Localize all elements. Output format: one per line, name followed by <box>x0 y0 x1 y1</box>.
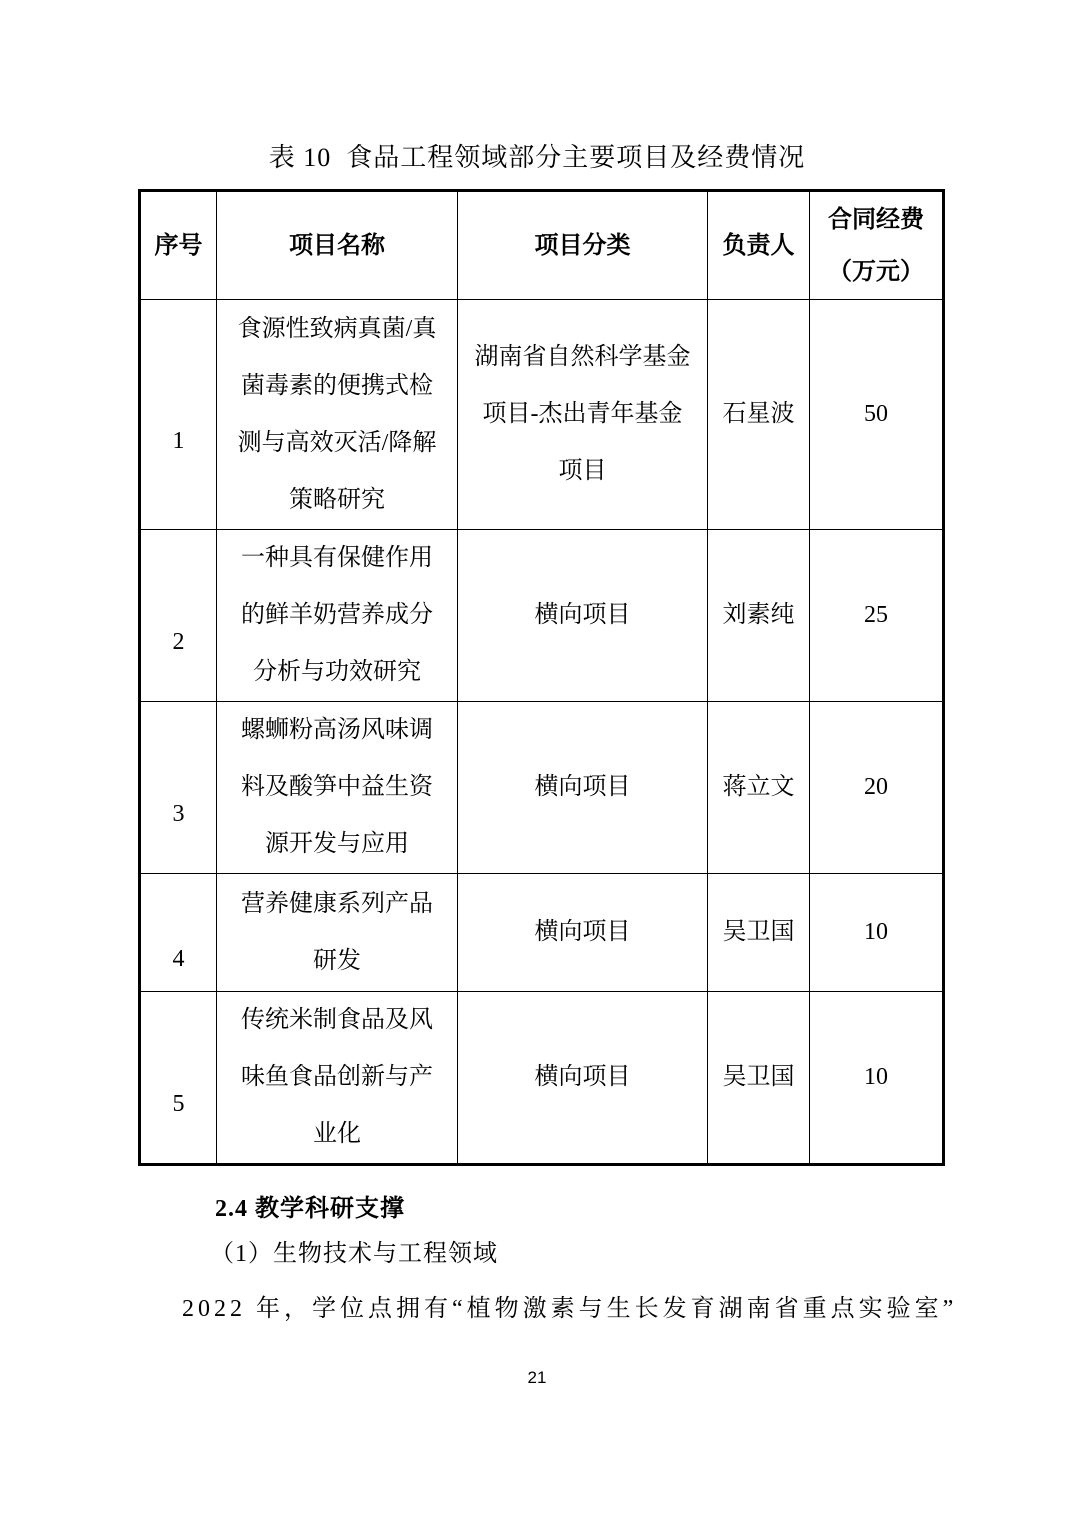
projects-funding-table: 序号 项目名称 项目分类 负责人 合同经费 （万元） 1 食源性致病真菌/真 菌… <box>138 189 945 1166</box>
cell-project-category: 横向项目 <box>458 530 708 702</box>
cell-project-name: 食源性致病真菌/真 菌毒素的便携式检 测与高效灭活/降解 策略研究 <box>217 300 458 530</box>
header-leader: 负责人 <box>708 191 810 300</box>
cell-seq: 1 <box>140 300 217 530</box>
section-heading-2-4: 2.4 教学科研支撑 <box>215 1193 405 1225</box>
cell-project-name: 传统米制食品及风 味鱼食品创新与产 业化 <box>217 992 458 1165</box>
table-row: 4 营养健康系列产品 研发 横向项目 吴卫国 10 <box>140 874 944 992</box>
table-row: 2 一种具有保健作用 的鲜羊奶营养成分 分析与功效研究 横向项目 刘素纯 25 <box>140 530 944 702</box>
subsection-item-1: （1）生物技术与工程领域 <box>210 1238 498 1270</box>
header-seq: 序号 <box>140 191 217 300</box>
cell-leader: 吴卫国 <box>708 992 810 1165</box>
cell-seq: 5 <box>140 992 217 1165</box>
table-caption: 表 10 食品工程领域部分主要项目及经费情况 <box>0 141 1074 175</box>
table-row: 5 传统米制食品及风 味鱼食品创新与产 业化 横向项目 吴卫国 10 <box>140 992 944 1165</box>
cell-funding: 25 <box>810 530 944 702</box>
seq-value: 2 <box>173 627 185 657</box>
cell-project-name: 螺蛳粉高汤风味调 料及酸笋中益生资 源开发与应用 <box>217 702 458 874</box>
seq-value: 3 <box>173 799 185 829</box>
cell-funding: 10 <box>810 992 944 1165</box>
cell-leader: 蒋立文 <box>708 702 810 874</box>
header-funding: 合同经费 （万元） <box>810 191 944 300</box>
cell-seq: 4 <box>140 874 217 992</box>
header-project-name: 项目名称 <box>217 191 458 300</box>
table-row: 1 食源性致病真菌/真 菌毒素的便携式检 测与高效灭活/降解 策略研究 湖南省自… <box>140 300 944 530</box>
cell-project-category: 湖南省自然科学基金 项目-杰出青年基金 项目 <box>458 300 708 530</box>
cell-leader: 刘素纯 <box>708 530 810 702</box>
cell-project-category: 横向项目 <box>458 874 708 992</box>
header-project-category: 项目分类 <box>458 191 708 300</box>
table-header-row: 序号 项目名称 项目分类 负责人 合同经费 （万元） <box>140 191 944 300</box>
page-number: 21 <box>0 1368 1074 1388</box>
table-row: 3 螺蛳粉高汤风味调 料及酸笋中益生资 源开发与应用 横向项目 蒋立文 20 <box>140 702 944 874</box>
cell-project-name: 营养健康系列产品 研发 <box>217 874 458 992</box>
seq-value: 5 <box>173 1089 185 1119</box>
cell-seq: 2 <box>140 530 217 702</box>
cell-seq: 3 <box>140 702 217 874</box>
cell-leader: 石星波 <box>708 300 810 530</box>
cell-funding: 50 <box>810 300 944 530</box>
cell-project-category: 横向项目 <box>458 702 708 874</box>
cell-leader: 吴卫国 <box>708 874 810 992</box>
cell-funding: 10 <box>810 874 944 992</box>
seq-value: 1 <box>173 426 185 456</box>
cell-funding: 20 <box>810 702 944 874</box>
document-page: 表 10 食品工程领域部分主要项目及经费情况 序号 项目名称 项目分类 负责人 … <box>0 0 1074 1520</box>
cell-project-category: 横向项目 <box>458 992 708 1165</box>
cell-project-name: 一种具有保健作用 的鲜羊奶营养成分 分析与功效研究 <box>217 530 458 702</box>
body-paragraph: 2022 年，学位点拥有“植物激素与生长发育湖南省重点实验室” <box>182 1292 957 1326</box>
seq-value: 4 <box>173 944 185 974</box>
